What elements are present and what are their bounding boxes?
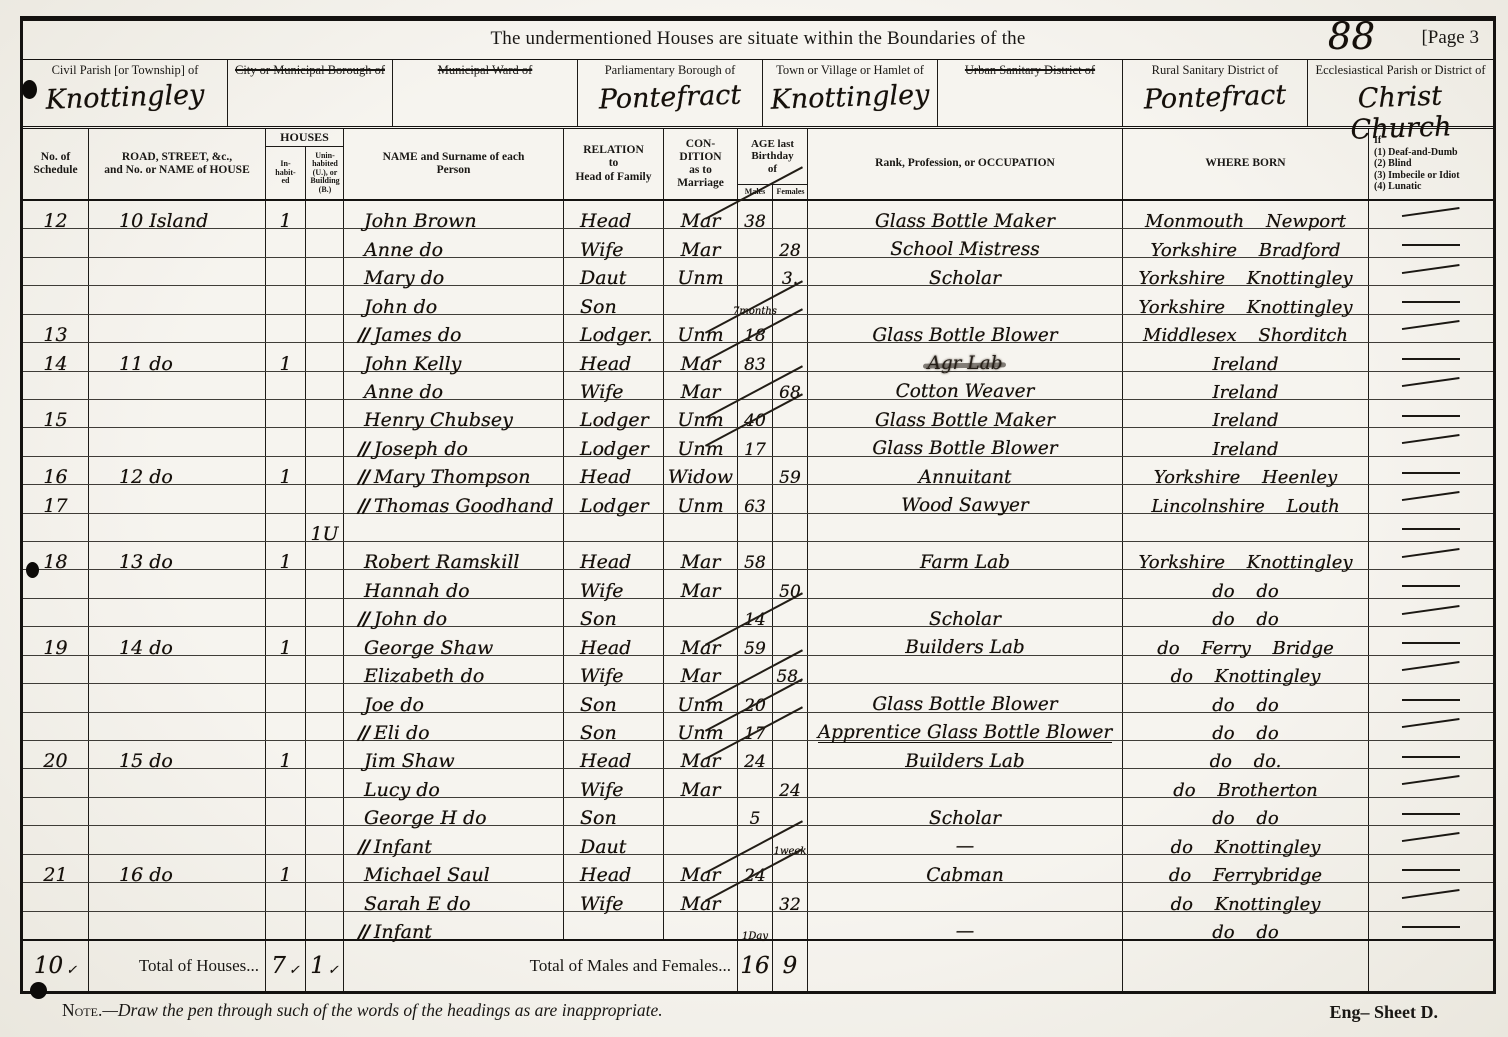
cell-occupation: Cabman	[808, 855, 1123, 882]
cell-name: //James do	[344, 315, 564, 342]
cell-schedule	[23, 912, 89, 939]
cell-road	[89, 400, 266, 427]
pen-dash	[1402, 775, 1460, 785]
cell-uninhabited	[306, 542, 344, 569]
cell-age-female: 68	[773, 372, 808, 399]
table-row: 17 //Thomas Goodhand Lodger Unm 63 Wood …	[23, 485, 1493, 513]
ink-blot	[22, 80, 37, 99]
cell-inhabited: 1	[266, 855, 306, 882]
cell-condition: Unm	[664, 713, 738, 740]
cell-occupation: —	[808, 912, 1123, 939]
col-houses-header: HOUSES In- habit- ed Unin- habited (U.),…	[266, 129, 344, 199]
district-label: Parliamentary Borough of	[578, 63, 762, 77]
cell-age-female	[773, 201, 808, 228]
cell-age-male: 63	[738, 485, 773, 512]
cell-road	[89, 826, 266, 853]
cell-age-male: 14	[738, 599, 773, 626]
col-name-header: NAME and Surname of each Person	[344, 129, 564, 199]
cell-disability	[1369, 798, 1493, 825]
cell-born: Lincolnshire Louth	[1123, 485, 1369, 512]
cell-inhabited	[266, 684, 306, 711]
pen-dash	[1402, 926, 1460, 928]
pen-dash	[1402, 377, 1460, 387]
cell-schedule	[23, 798, 89, 825]
cell-inhabited	[266, 769, 306, 796]
cell-schedule: 13	[23, 315, 89, 342]
inhabited-total: 7✓	[266, 941, 306, 991]
cell-uninhabited	[306, 656, 344, 683]
cell-born: do do	[1123, 798, 1369, 825]
cell-age-female: 3.	[773, 258, 808, 285]
cell-inhabited	[266, 656, 306, 683]
cell-condition	[664, 912, 738, 939]
cell-name: Sarah E do	[344, 883, 564, 910]
cell-uninhabited	[306, 627, 344, 654]
cell-born: do do	[1123, 570, 1369, 597]
cell-condition: Unm	[664, 485, 738, 512]
cell-name: Henry Chubsey	[344, 400, 564, 427]
cell-relation: Son	[564, 798, 664, 825]
cell-inhabited: 1	[266, 542, 306, 569]
cell-age-male	[738, 229, 773, 256]
col-age-header: AGE last Birthday of Males Females	[738, 129, 808, 199]
cell-name: //John do	[344, 599, 564, 626]
cell-condition: Mar	[664, 656, 738, 683]
cell-age-male	[738, 457, 773, 484]
table-row: Mary do Daut Unm 3. Scholar Yorkshire Kn…	[23, 258, 1493, 286]
col-road-header: ROAD, STREET, &c., and No. or NAME of HO…	[89, 129, 266, 199]
cell-age-male: 18	[738, 315, 773, 342]
cell-disability	[1369, 229, 1493, 256]
table-row: 19 14 do 1 George Shaw Head Mar 59 Build…	[23, 627, 1493, 655]
cell-name: Jim Shaw	[344, 741, 564, 768]
cell-born: do do.	[1123, 741, 1369, 768]
table-row: Elizabeth do Wife Mar 58. do Knottingley	[23, 656, 1493, 684]
cell-disability	[1369, 627, 1493, 654]
cell-age-female	[773, 428, 808, 455]
cell-relation: Wife	[564, 372, 664, 399]
cell-age-female	[773, 798, 808, 825]
pen-dash	[1402, 869, 1460, 871]
cell-inhabited: 1	[266, 201, 306, 228]
cell-disability	[1369, 769, 1493, 796]
pen-dash	[1402, 244, 1460, 246]
cell-schedule	[23, 599, 89, 626]
cell-occupation	[808, 883, 1123, 910]
title-band: The undermentioned Houses are situate wi…	[23, 19, 1493, 60]
cell-age-female	[773, 713, 808, 740]
cell-name: Anne do	[344, 229, 564, 256]
district-label: City or Municipal Borough of	[228, 63, 392, 77]
cell-age-male: 17	[738, 428, 773, 455]
check-icon: ✓	[289, 963, 300, 978]
col-relation-header: RELATION to Head of Family	[564, 129, 664, 199]
cell-occupation	[808, 656, 1123, 683]
cell-occupation: Glass Bottle Maker	[808, 400, 1123, 427]
note-text: —Draw the pen through such of the words …	[102, 1000, 662, 1020]
census-table-body: 12 10 Island 1 John Brown Head Mar 38 Gl…	[23, 201, 1493, 941]
pen-dash	[1402, 358, 1460, 360]
cell-schedule: 14	[23, 343, 89, 370]
cell-relation: Wife	[564, 656, 664, 683]
cell-occupation: Scholar	[808, 599, 1123, 626]
cell-occupation	[808, 514, 1123, 541]
cell-uninhabited	[306, 428, 344, 455]
cell-relation: Head	[564, 457, 664, 484]
cell-road	[89, 286, 266, 313]
pen-dash	[1402, 207, 1460, 217]
district-value: Christ Church	[1307, 79, 1494, 147]
cell-relation: Son	[564, 286, 664, 313]
col-occupation-header: Rank, Profession, or OCCUPATION	[808, 129, 1123, 199]
cell-disability	[1369, 514, 1493, 541]
cell-born: do do	[1123, 684, 1369, 711]
cell-schedule	[23, 372, 89, 399]
cell-inhabited	[266, 286, 306, 313]
cell-born: Middlesex Shorditch	[1123, 315, 1369, 342]
cell-inhabited	[266, 229, 306, 256]
district-label: Rural Sanitary District of	[1123, 63, 1307, 77]
cell-road: 15 do	[89, 741, 266, 768]
cell-road	[89, 315, 266, 342]
cell-disability	[1369, 428, 1493, 455]
cell-born: Ireland	[1123, 400, 1369, 427]
cell-schedule: 20	[23, 741, 89, 768]
pen-dash	[1402, 264, 1460, 274]
cell-inhabited	[266, 599, 306, 626]
district-cell: Parliamentary Borough of Pontefract	[578, 60, 763, 126]
cell-uninhabited	[306, 684, 344, 711]
cell-schedule: 12	[23, 201, 89, 228]
cell-condition	[664, 599, 738, 626]
cell-occupation: —	[808, 826, 1123, 853]
column-header-row: No. of Schedule ROAD, STREET, &c., and N…	[23, 129, 1493, 201]
cell-name: Joe do	[344, 684, 564, 711]
pen-dash	[1402, 585, 1460, 587]
table-row: George H do Son 5 Scholar do do	[23, 798, 1493, 826]
cell-name: Anne do	[344, 372, 564, 399]
cell-age-female	[773, 286, 808, 313]
cell-disability	[1369, 258, 1493, 285]
cell-occupation: Glass Bottle Maker	[808, 201, 1123, 228]
cell-relation: Son	[564, 713, 664, 740]
cell-relation: Head	[564, 741, 664, 768]
cell-uninhabited	[306, 258, 344, 285]
cell-age-male	[738, 656, 773, 683]
cell-uninhabited	[306, 286, 344, 313]
table-row: 16 12 do 1 //Mary Thompson Head Widow 59…	[23, 457, 1493, 485]
cell-schedule	[23, 229, 89, 256]
table-row: 15 Henry Chubsey Lodger Unm 40 Glass Bot…	[23, 400, 1493, 428]
cell-occupation	[808, 570, 1123, 597]
cell-age-female: 50	[773, 570, 808, 597]
cell-condition	[664, 798, 738, 825]
district-value: Pontefract	[1123, 79, 1308, 116]
district-label: Urban Sanitary District of	[938, 63, 1122, 77]
cell-name: John Brown	[344, 201, 564, 228]
cell-age-female	[773, 315, 808, 342]
cell-relation: Lodger	[564, 485, 664, 512]
cell-schedule	[23, 514, 89, 541]
cell-born: Yorkshire Heenley	[1123, 457, 1369, 484]
cell-disability	[1369, 912, 1493, 939]
table-row: //John do Son 14 Scholar do do	[23, 599, 1493, 627]
houses-group-title: HOUSES	[266, 129, 343, 147]
cell-age-male: 38	[738, 201, 773, 228]
cell-disability	[1369, 400, 1493, 427]
cell-age-male: 58	[738, 542, 773, 569]
cell-condition	[664, 826, 738, 853]
cell-disability	[1369, 343, 1493, 370]
cell-occupation: Wood Sawyer	[808, 485, 1123, 512]
note-word: Note.	[62, 1000, 102, 1020]
cell-born: do Ferry Bridge	[1123, 627, 1369, 654]
cell-uninhabited	[306, 229, 344, 256]
cell-name: John Kelly	[344, 343, 564, 370]
cell-name: George Shaw	[344, 627, 564, 654]
cell-name: //Infant	[344, 912, 564, 939]
cell-road: 16 do	[89, 855, 266, 882]
cell-uninhabited	[306, 400, 344, 427]
cell-road	[89, 883, 266, 910]
cell-name: Lucy do	[344, 769, 564, 796]
cell-disability	[1369, 372, 1493, 399]
cell-relation: Wife	[564, 570, 664, 597]
district-value	[393, 79, 577, 85]
cell-inhabited	[266, 400, 306, 427]
cell-schedule: 19	[23, 627, 89, 654]
cell-age-female	[773, 485, 808, 512]
cell-road: 13 do	[89, 542, 266, 569]
cell-born: Yorkshire Knottingley	[1123, 258, 1369, 285]
cell-relation: Lodger.	[564, 315, 664, 342]
cell-occupation: Agr Lab	[808, 343, 1123, 370]
district-cell: Rural Sanitary District of Pontefract	[1123, 60, 1308, 126]
cell-road	[89, 428, 266, 455]
cell-age-male: 24	[738, 855, 773, 882]
district-cell: City or Municipal Borough of	[228, 60, 393, 126]
cell-inhabited	[266, 258, 306, 285]
cell-schedule: 21	[23, 855, 89, 882]
cell-uninhabited	[306, 883, 344, 910]
pen-dash	[1402, 813, 1460, 815]
cell-relation: Lodger	[564, 400, 664, 427]
cell-relation: Wife	[564, 883, 664, 910]
cell-age-male	[738, 372, 773, 399]
cell-age-male: 59	[738, 627, 773, 654]
cell-age-male	[738, 258, 773, 285]
cell-disability	[1369, 542, 1493, 569]
district-value: Knottingley	[23, 78, 228, 116]
cell-relation: Head	[564, 343, 664, 370]
district-label: Civil Parish [or Township] of	[23, 63, 227, 77]
cell-disability	[1369, 599, 1493, 626]
cell-disability	[1369, 656, 1493, 683]
ink-blot	[30, 982, 47, 999]
sheet-label: Eng– Sheet D.	[1329, 1002, 1438, 1023]
cell-name: //Thomas Goodhand	[344, 485, 564, 512]
cell-uninhabited	[306, 570, 344, 597]
cell-condition: Unm	[664, 258, 738, 285]
cell-condition: Unm	[664, 315, 738, 342]
cell-age-female	[773, 627, 808, 654]
cell-name: //Mary Thompson	[344, 457, 564, 484]
table-row: Anne do Wife Mar 28 School Mistress York…	[23, 229, 1493, 257]
cell-condition	[664, 286, 738, 313]
cell-age-female: 28	[773, 229, 808, 256]
pen-dash	[1402, 699, 1460, 701]
uninhabited-total: 1✓	[306, 941, 344, 991]
cell-name: Elizabeth do	[344, 656, 564, 683]
cell-relation: Head	[564, 627, 664, 654]
table-row: Lucy do Wife Mar 24 do Brotherton	[23, 769, 1493, 797]
cell-disability	[1369, 684, 1493, 711]
cell-relation: Head	[564, 542, 664, 569]
cell-born	[1123, 514, 1369, 541]
totals-disability-blank	[1369, 941, 1493, 991]
cell-age-male	[738, 826, 773, 853]
table-row: Sarah E do Wife Mar 32 do Knottingley	[23, 883, 1493, 911]
cell-relation: Lodger	[564, 428, 664, 455]
cell-disability	[1369, 457, 1493, 484]
pen-dash	[1402, 548, 1460, 558]
pen-dash	[1402, 491, 1460, 501]
cell-inhabited	[266, 428, 306, 455]
table-row: //Infant Daut 1week — do Knottingley	[23, 826, 1493, 854]
cell-name: John do	[344, 286, 564, 313]
cell-road	[89, 258, 266, 285]
cell-road: 12 do	[89, 457, 266, 484]
cell-road	[89, 570, 266, 597]
table-row: //Joseph do Lodger Unm 17 Glass Bottle B…	[23, 428, 1493, 456]
pen-dash	[1402, 889, 1460, 899]
totals-row: 10✓ Total of Houses... 7✓ 1✓ Total of Ma…	[23, 941, 1493, 991]
cell-inhabited	[266, 713, 306, 740]
cell-occupation	[808, 286, 1123, 313]
cell-age-male: 1Day	[738, 912, 773, 939]
cell-born: Yorkshire Bradford	[1123, 229, 1369, 256]
cell-condition: Mar	[664, 769, 738, 796]
table-row: John do Son 7months Yorkshire Knottingle…	[23, 286, 1493, 314]
col-males-header: Males	[738, 185, 773, 199]
cell-occupation: Annuitant	[808, 457, 1123, 484]
col-inhabited-header: In- habit- ed	[266, 147, 306, 199]
cell-condition: Mar	[664, 627, 738, 654]
cell-age-female	[773, 855, 808, 882]
cell-uninhabited	[306, 769, 344, 796]
cell-road	[89, 599, 266, 626]
cell-uninhabited	[306, 201, 344, 228]
district-value: Knottingley	[763, 79, 938, 116]
cell-condition: Mar	[664, 372, 738, 399]
pen-dash	[1402, 528, 1460, 530]
cell-relation: Son	[564, 684, 664, 711]
cell-relation: Head	[564, 201, 664, 228]
cell-condition: Mar	[664, 741, 738, 768]
cell-relation	[564, 912, 664, 939]
cell-schedule: 16	[23, 457, 89, 484]
cell-condition: Mar	[664, 883, 738, 910]
totals-occupation-blank	[808, 941, 1123, 991]
cell-age-male	[738, 883, 773, 910]
table-row: //Eli do Son Unm 17 Apprentice Glass Bot…	[23, 713, 1493, 741]
cell-inhabited	[266, 883, 306, 910]
cell-name: George H do	[344, 798, 564, 825]
cell-disability	[1369, 713, 1493, 740]
cell-road	[89, 372, 266, 399]
cell-born: do Brotherton	[1123, 769, 1369, 796]
cell-uninhabited	[306, 713, 344, 740]
age-group-title: AGE last Birthday of	[738, 129, 807, 184]
district-cell: Town or Village or Hamlet of Knottingley	[763, 60, 938, 126]
cell-condition: Unm	[664, 684, 738, 711]
cell-born: Ireland	[1123, 428, 1369, 455]
table-row: Anne do Wife Mar 68 Cotton Weaver Irelan…	[23, 372, 1493, 400]
cell-name: //Infant	[344, 826, 564, 853]
males-total: 16	[738, 941, 773, 991]
cell-age-male	[738, 570, 773, 597]
cell-disability	[1369, 741, 1493, 768]
cell-uninhabited	[306, 826, 344, 853]
cell-occupation: Farm Lab	[808, 542, 1123, 569]
cell-road: 11 do	[89, 343, 266, 370]
cell-age-female: 32	[773, 883, 808, 910]
pen-dash	[1402, 434, 1460, 444]
col-females-header: Females	[773, 185, 808, 199]
footer-note: Note.—Draw the pen through such of the w…	[62, 1000, 663, 1021]
cell-occupation: Glass Bottle Blower	[808, 684, 1123, 711]
col-condition-header: CON- DITION as to Marriage	[664, 129, 738, 199]
table-row: 21 16 do 1 Michael Saul Head Mar 24 Cabm…	[23, 855, 1493, 883]
page-label: [Page 3	[1421, 27, 1479, 49]
cell-disability	[1369, 201, 1493, 228]
district-header-row: Civil Parish [or Township] of Knottingle…	[23, 60, 1493, 129]
cell-schedule	[23, 826, 89, 853]
cell-inhabited	[266, 570, 306, 597]
cell-age-male: 40	[738, 400, 773, 427]
district-value: Pontefract	[578, 79, 763, 116]
cell-age-female	[773, 514, 808, 541]
district-cell: Ecclesiastical Parish or District of Chr…	[1308, 60, 1493, 126]
cell-occupation: Scholar	[808, 798, 1123, 825]
cell-inhabited	[266, 485, 306, 512]
cell-name: Michael Saul	[344, 855, 564, 882]
cell-uninhabited	[306, 912, 344, 939]
cell-born: do Knottingley	[1123, 883, 1369, 910]
cell-relation: Wife	[564, 769, 664, 796]
cell-age-female	[773, 912, 808, 939]
check-icon: ✓	[66, 963, 77, 978]
total-of-houses-label: Total of Houses...	[89, 941, 266, 991]
cell-inhabited	[266, 372, 306, 399]
cell-condition: Mar	[664, 343, 738, 370]
cell-born: do do	[1123, 599, 1369, 626]
district-value	[938, 79, 1122, 85]
cell-disability	[1369, 855, 1493, 882]
pen-dash	[1402, 642, 1460, 644]
col-uninhabited-header: Unin- habited (U.), or Building (B.)	[306, 147, 344, 199]
cell-uninhabited	[306, 315, 344, 342]
cell-condition: Mar	[664, 542, 738, 569]
pen-dash	[1402, 472, 1460, 474]
table-row: 14 11 do 1 John Kelly Head Mar 83 Agr La…	[23, 343, 1493, 371]
check-icon: ✓	[328, 963, 339, 978]
cell-age-female	[773, 684, 808, 711]
cell-disability	[1369, 286, 1493, 313]
cell-name: Hannah do	[344, 570, 564, 597]
cell-age-male: 17	[738, 713, 773, 740]
cell-road	[89, 684, 266, 711]
